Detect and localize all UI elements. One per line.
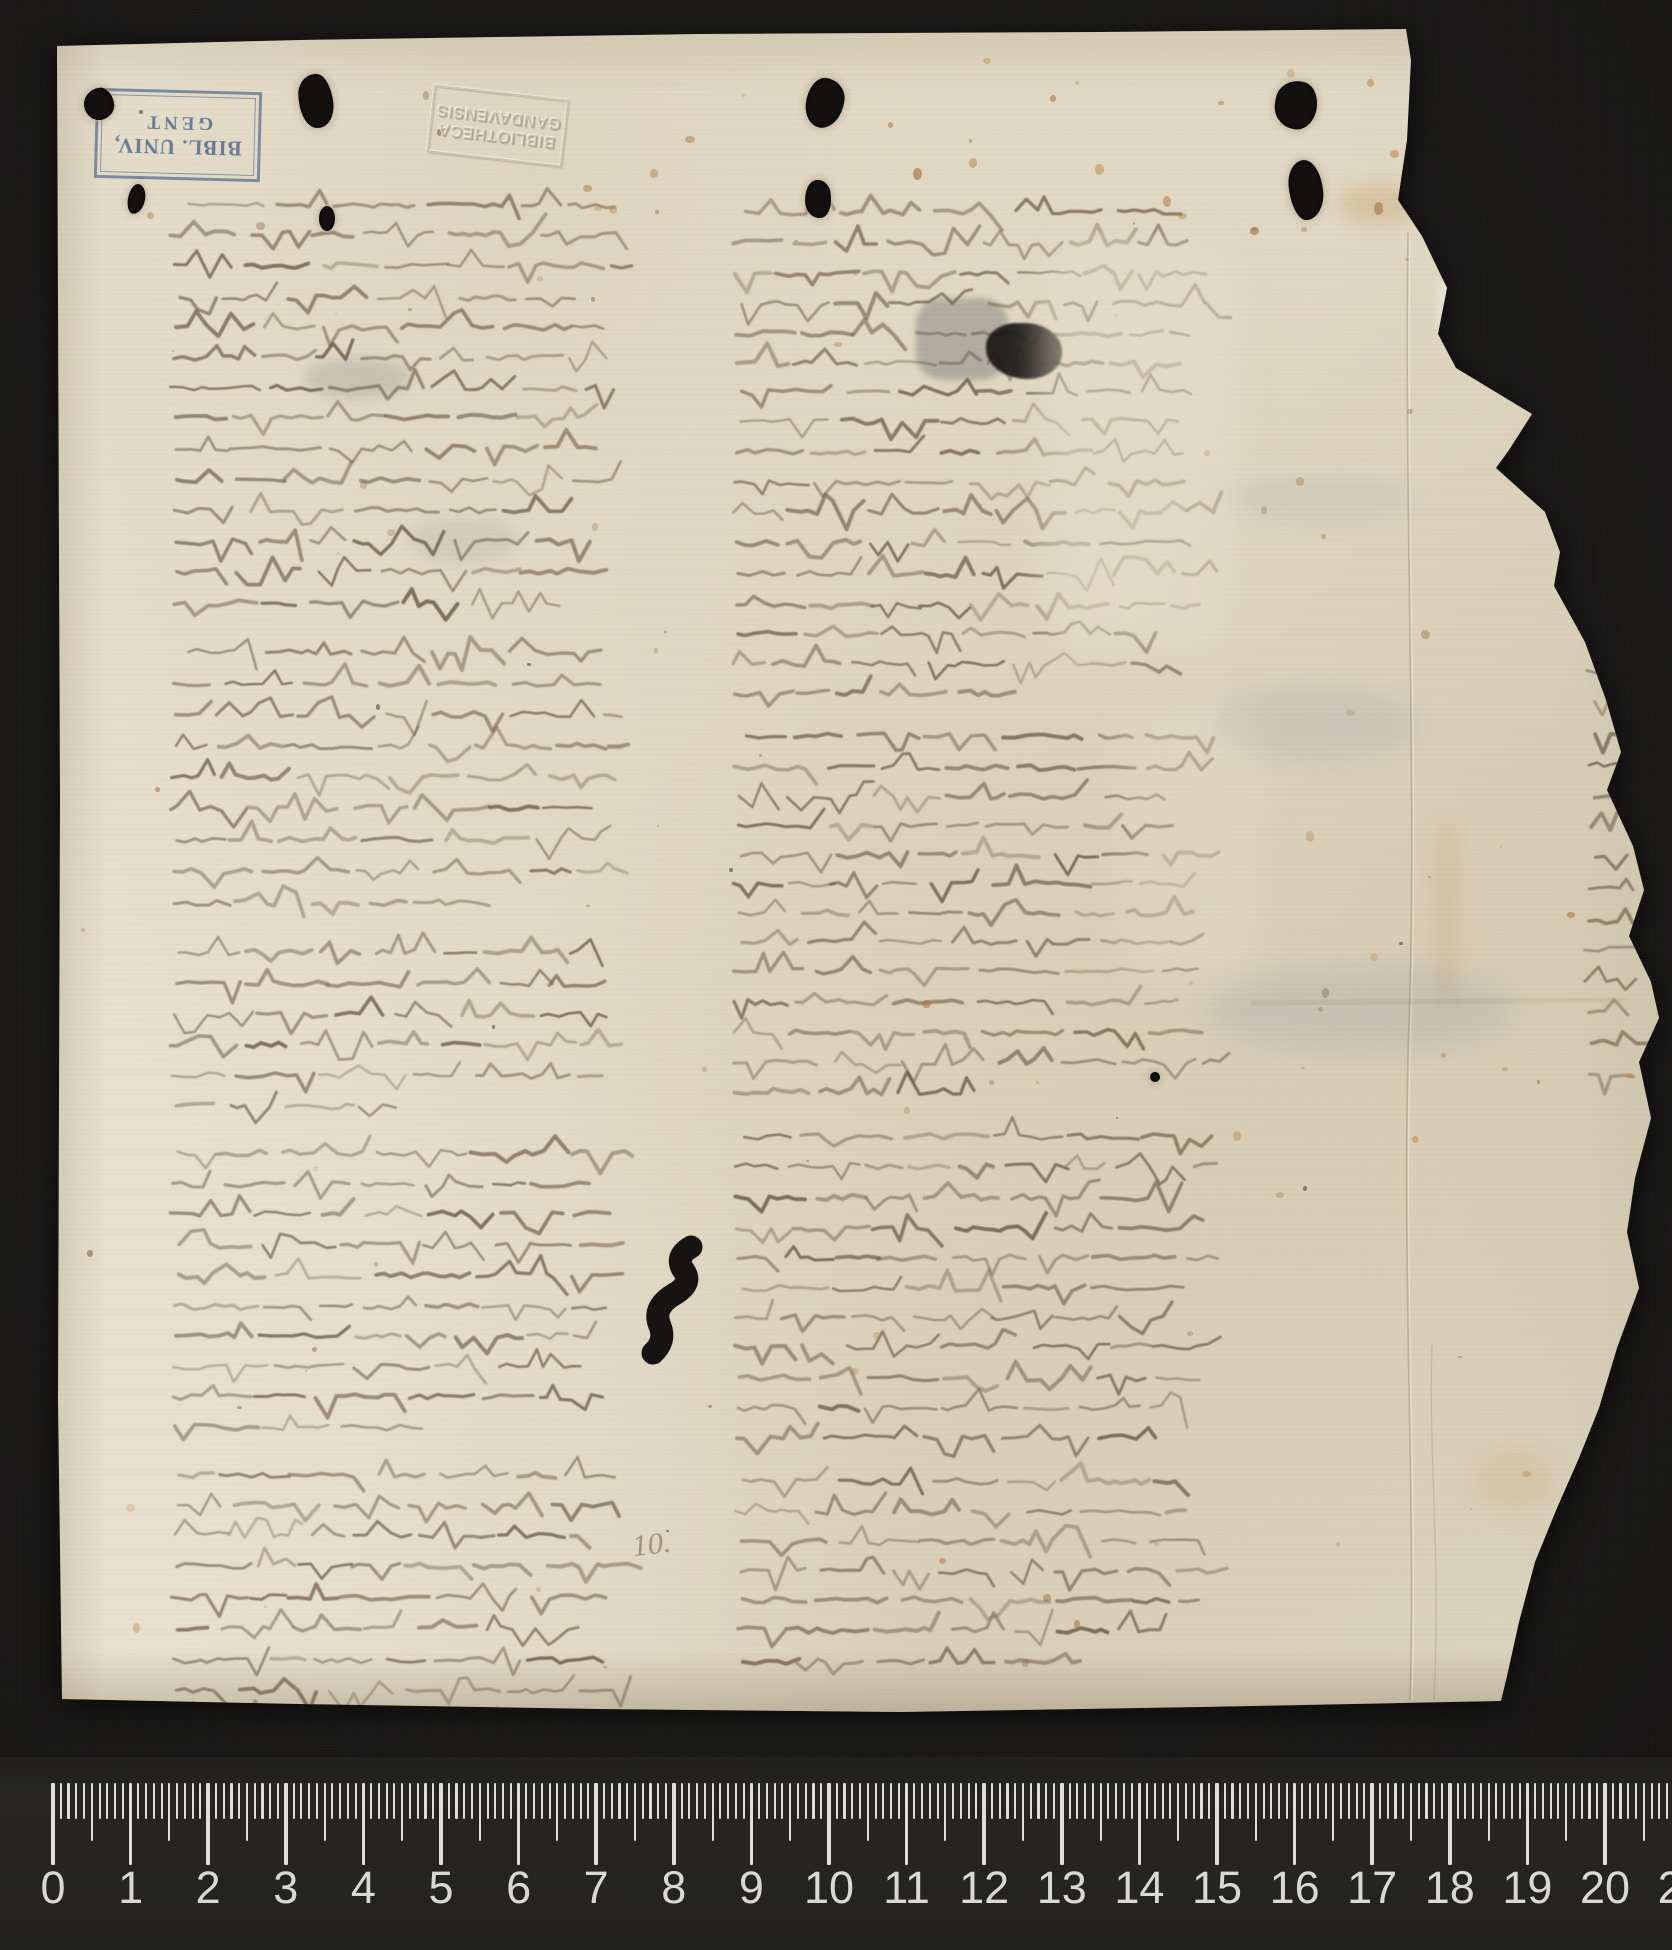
handwritten-word-stroke — [1595, 565, 1652, 593]
ruler-label-13: 13 — [1022, 1862, 1102, 1914]
ruler-mm-tick — [1263, 1783, 1265, 1819]
ruler-mm-tick — [106, 1783, 108, 1819]
ruler-mm-tick — [1550, 1783, 1552, 1819]
ruler-mm-tick — [1557, 1783, 1559, 1819]
ruler-mm-tick — [572, 1783, 574, 1819]
ruler-mm-tick — [269, 1783, 271, 1819]
ruler-mm-tick — [1076, 1783, 1078, 1819]
ruler-mm-tick — [1193, 1783, 1195, 1819]
ruler-label-10: 10 — [789, 1862, 869, 1914]
ruler-mm-tick — [1627, 1783, 1629, 1819]
ruler-label-17: 17 — [1332, 1862, 1412, 1914]
ruler-mm-tick — [1030, 1783, 1032, 1819]
ruler-mm-tick — [649, 1783, 651, 1819]
ruler-cm-tick — [905, 1783, 909, 1865]
ruler-mm-tick — [1441, 1783, 1443, 1819]
ruler-half-cm-tick — [91, 1783, 93, 1841]
ruler-mm-tick — [1069, 1783, 1071, 1819]
handwritten-word-stroke — [1591, 640, 1646, 644]
ruler-mm-tick — [1286, 1783, 1288, 1819]
ruler-cm-tick — [1138, 1783, 1142, 1865]
ruler-mm-tick — [471, 1783, 473, 1819]
ruler-mm-tick — [331, 1783, 333, 1819]
ruler-mm-tick — [60, 1783, 62, 1819]
ruler-mm-tick — [1317, 1783, 1319, 1819]
ruler-mm-tick — [199, 1783, 201, 1819]
ruler-half-cm-tick — [789, 1783, 791, 1841]
photo-stage: BIBL. UNIV, GENT BIBLIOTHECA GANDAVENSIS… — [0, 0, 1672, 1950]
ruler-mm-tick — [355, 1783, 357, 1819]
handwritten-word-stroke — [1586, 452, 1651, 471]
ruler-mm-tick — [549, 1783, 551, 1819]
ruler-label-12: 12 — [944, 1862, 1024, 1914]
ruler-mm-tick — [378, 1783, 380, 1819]
ruler-mm-tick — [393, 1783, 395, 1819]
ruler-mm-tick — [1356, 1783, 1358, 1819]
ruler-mm-tick — [1651, 1783, 1653, 1819]
ruler-mm-tick — [1107, 1783, 1109, 1819]
ruler-label-11: 11 — [867, 1862, 947, 1914]
ruler-mm-tick — [1612, 1783, 1614, 1819]
ruler-mm-tick — [316, 1783, 318, 1819]
ruler-mm-tick — [758, 1783, 760, 1819]
ruler-mm-tick — [145, 1783, 147, 1819]
ruler-cm-tick — [1603, 1783, 1607, 1865]
ruler-half-cm-tick — [712, 1783, 714, 1841]
ruler-mm-tick — [735, 1783, 737, 1819]
ruler-mm-tick — [1503, 1783, 1505, 1819]
foxing-spot — [1459, 296, 1463, 302]
foxing-spot — [1555, 1570, 1561, 1575]
ruler-mm-tick — [921, 1783, 923, 1819]
ruler-mm-tick — [153, 1783, 155, 1819]
ruler-mm-tick — [1596, 1783, 1598, 1819]
ruler-mm-tick — [642, 1783, 644, 1819]
ruler-mm-tick — [137, 1783, 139, 1819]
ruler-mm-tick — [1658, 1783, 1660, 1819]
ruler-half-cm-tick — [1332, 1783, 1334, 1841]
ruler-mm-tick — [1309, 1783, 1311, 1819]
ruler-mm-tick — [1433, 1783, 1435, 1819]
ruler-mm-tick — [805, 1783, 807, 1819]
ruler-mm-tick — [432, 1783, 434, 1819]
ruler-mm-tick — [603, 1783, 605, 1819]
ruler-mm-tick — [347, 1783, 349, 1819]
ruler-mm-tick — [1084, 1783, 1086, 1819]
ruler-mm-tick — [859, 1783, 861, 1819]
ruler-mm-tick — [510, 1783, 512, 1819]
ruler-mm-tick — [797, 1783, 799, 1819]
foxing-spot — [1534, 232, 1539, 237]
ruler-cm-tick — [51, 1783, 55, 1865]
ruler-mm-tick — [696, 1783, 698, 1819]
ruler-cm-tick — [982, 1783, 986, 1865]
ruler-mm-tick — [1534, 1783, 1536, 1819]
ruler-mm-tick — [1014, 1783, 1016, 1819]
ruler-mm-tick — [223, 1783, 225, 1819]
ruler-mm-tick — [502, 1783, 504, 1819]
ruler-mm-tick — [1301, 1783, 1303, 1819]
ruler-half-cm-tick — [944, 1783, 946, 1841]
ruler-half-cm-tick — [1022, 1783, 1024, 1841]
ruler-half-cm-tick — [1255, 1783, 1257, 1841]
ruler-half-cm-tick — [1488, 1783, 1490, 1841]
ruler-mm-tick — [455, 1783, 457, 1819]
ruler-mm-tick — [122, 1783, 124, 1819]
ruler-cm-tick — [1448, 1783, 1452, 1865]
ruler-label-20: 20 — [1565, 1862, 1645, 1914]
ruler-mm-tick — [1247, 1783, 1249, 1819]
ruler-mm-tick — [1542, 1783, 1544, 1819]
ruler-mm-tick — [781, 1783, 783, 1819]
ruler-mm-tick — [293, 1783, 295, 1819]
ruler-mm-tick — [1325, 1783, 1327, 1819]
ruler-mm-tick — [1340, 1783, 1342, 1819]
ruler-label-15: 15 — [1177, 1862, 1257, 1914]
ruler-mm-tick — [1519, 1783, 1521, 1819]
manuscript-leaf-wrap: BIBL. UNIV, GENT BIBLIOTHECA GANDAVENSIS… — [0, 0, 1672, 1950]
binding-hole — [319, 206, 335, 231]
ruler-mm-tick — [688, 1783, 690, 1819]
ruler-mm-tick — [626, 1783, 628, 1819]
library-ink-stamp: BIBL. UNIV, GENT — [94, 88, 262, 182]
ruler-mm-tick — [448, 1783, 450, 1819]
ruler-mm-tick — [1162, 1783, 1164, 1819]
ruler-cm-tick — [1215, 1783, 1219, 1865]
ruler-mm-tick — [719, 1783, 721, 1819]
ruler-mm-tick — [913, 1783, 915, 1819]
ruler-cm-tick — [1370, 1783, 1374, 1865]
ruler-label-18: 18 — [1410, 1862, 1490, 1914]
ruler-mm-tick — [1418, 1783, 1420, 1819]
ruler-half-cm-tick — [1643, 1783, 1645, 1841]
ruler-cm-tick — [750, 1783, 754, 1865]
ruler-label-2: 2 — [168, 1862, 248, 1914]
foxing-spot — [1628, 695, 1632, 699]
ruler-mm-tick — [1154, 1783, 1156, 1819]
foxing-spot — [1516, 223, 1524, 234]
ruler-mm-tick — [83, 1783, 85, 1819]
stain-patch — [1596, 438, 1662, 698]
stamp-inner-border — [100, 94, 256, 176]
ruler-mm-tick — [230, 1783, 232, 1819]
ruler-mm-tick — [1169, 1783, 1171, 1819]
ruler-mm-tick — [176, 1783, 178, 1819]
ruler-mm-tick — [1037, 1783, 1039, 1819]
ruler-mm-tick — [370, 1783, 372, 1819]
ruler-half-cm-tick — [1410, 1783, 1412, 1841]
handwritten-word-stroke — [1585, 424, 1640, 440]
handwritten-word-stroke — [356, 1717, 439, 1730]
ruler-mm-tick — [463, 1783, 465, 1819]
ruler-mm-tick — [1045, 1783, 1047, 1819]
handwritten-word-stroke — [246, 1701, 294, 1736]
handwritten-word-stroke — [451, 1708, 505, 1723]
ruler-half-cm-tick — [324, 1783, 326, 1841]
ruler-mm-tick — [533, 1783, 535, 1819]
ruler-cm-tick — [1526, 1783, 1530, 1865]
ruler-label-6: 6 — [479, 1862, 559, 1914]
ruler-mm-tick — [308, 1783, 310, 1819]
ruler-mm-tick — [968, 1783, 970, 1819]
ruler-mm-tick — [665, 1783, 667, 1819]
ruler-mm-tick — [1185, 1783, 1187, 1819]
ruler-mm-tick — [890, 1783, 892, 1819]
ruler-label-0: 0 — [13, 1862, 93, 1914]
ruler-half-cm-tick — [1565, 1783, 1567, 1841]
ruler-mm-tick — [704, 1783, 706, 1819]
ruler-mm-tick — [774, 1783, 776, 1819]
ruler-mm-tick — [952, 1783, 954, 1819]
ruler-half-cm-tick — [556, 1783, 558, 1841]
ruler-mm-tick — [743, 1783, 745, 1819]
ruler-half-cm-tick — [168, 1783, 170, 1841]
ruler-mm-tick — [1573, 1783, 1575, 1819]
ruler-mm-tick — [991, 1783, 993, 1819]
foxing-spot — [1511, 82, 1515, 86]
ruler-mm-tick — [424, 1783, 426, 1819]
handwritten-word-stroke — [1595, 607, 1634, 623]
handwritten-word-stroke — [172, 1703, 239, 1722]
ruler-mm-tick — [254, 1783, 256, 1819]
ruler-mm-tick — [277, 1783, 279, 1819]
ruler-mm-tick — [494, 1783, 496, 1819]
ruler-half-cm-tick — [401, 1783, 403, 1841]
ruler-label-14: 14 — [1099, 1862, 1179, 1914]
ruler-half-cm-tick — [479, 1783, 481, 1841]
ruler-mm-tick — [843, 1783, 845, 1819]
ruler-mm-tick — [541, 1783, 543, 1819]
ruler-label-16: 16 — [1255, 1862, 1335, 1914]
ruler: 0123456789101112131415161718192021 — [0, 1757, 1672, 1950]
ruler-mm-tick — [1200, 1783, 1202, 1819]
ruler-mm-tick — [1666, 1783, 1668, 1819]
ruler-mm-tick — [937, 1783, 939, 1819]
ruler-mm-tick — [1239, 1783, 1241, 1819]
handwritten-word-stroke — [1585, 544, 1633, 549]
ruler-mm-tick — [1231, 1783, 1233, 1819]
ruler-cm-tick — [827, 1783, 831, 1865]
ruler-mm-tick — [1363, 1783, 1365, 1819]
ruler-mm-tick — [300, 1783, 302, 1819]
ruler-mm-tick — [766, 1783, 768, 1819]
ruler-mm-tick — [657, 1783, 659, 1819]
ruler-half-cm-tick — [1100, 1783, 1102, 1841]
ruler-label-5: 5 — [401, 1862, 481, 1914]
ruler-cm-tick — [206, 1783, 210, 1865]
ruler-mm-tick — [1278, 1783, 1280, 1819]
ruler-mm-tick — [1131, 1783, 1133, 1819]
ruler-mm-tick — [1511, 1783, 1513, 1819]
ruler-label-8: 8 — [634, 1862, 714, 1914]
manuscript-leaf: BIBL. UNIV, GENT BIBLIOTHECA GANDAVENSIS… — [0, 0, 1672, 1950]
ruler-mm-tick — [1006, 1783, 1008, 1819]
ruler-mm-tick — [1224, 1783, 1226, 1819]
ruler-cm-tick — [129, 1783, 133, 1865]
ruler-mm-tick — [898, 1783, 900, 1819]
ruler-mm-tick — [215, 1783, 217, 1819]
ruler-mm-tick — [564, 1783, 566, 1819]
ruler-mm-tick — [386, 1783, 388, 1819]
ruler-mm-tick — [1092, 1783, 1094, 1819]
folio-number: 10. — [630, 1524, 673, 1564]
ruler-cm-tick — [517, 1783, 521, 1865]
ruler-mm-tick — [99, 1783, 101, 1819]
ruler-mm-tick — [339, 1783, 341, 1819]
ruler-label-21: 21 — [1643, 1862, 1672, 1914]
ruler-cm-tick — [284, 1783, 288, 1865]
ruler-label-19: 19 — [1487, 1862, 1567, 1914]
ruler-mm-tick — [261, 1783, 263, 1819]
ruler-mm-tick — [1635, 1783, 1637, 1819]
ruler-mm-tick — [1387, 1783, 1389, 1819]
handwritten-word-stroke — [1589, 514, 1643, 519]
ruler-mm-tick — [1425, 1783, 1427, 1819]
ruler-mm-tick — [820, 1783, 822, 1819]
ruler-mm-tick — [1270, 1783, 1272, 1819]
ruler-mm-tick — [1053, 1783, 1055, 1819]
ruler-mm-tick — [417, 1783, 419, 1819]
ruler-mm-tick — [114, 1783, 116, 1819]
ruler-cm-tick — [672, 1783, 676, 1865]
ruler-mm-tick — [238, 1783, 240, 1819]
ruler-cm-tick — [1293, 1783, 1297, 1865]
ruler-mm-tick — [525, 1783, 527, 1819]
ruler-mm-tick — [184, 1783, 186, 1819]
ruler-mm-tick — [999, 1783, 1001, 1819]
ruler-mm-tick — [1480, 1783, 1482, 1819]
ruler-mm-tick — [192, 1783, 194, 1819]
ruler-mm-tick — [409, 1783, 411, 1819]
paper-texture — [50, 24, 1666, 1718]
ruler-mm-tick — [580, 1783, 582, 1819]
ruler-mm-tick — [1115, 1783, 1117, 1819]
ruler-cm-tick — [439, 1783, 443, 1865]
ruler-mm-tick — [1146, 1783, 1148, 1819]
ruler-mm-tick — [618, 1783, 620, 1819]
ruler-mm-tick — [975, 1783, 977, 1819]
ruler-mm-tick — [1472, 1783, 1474, 1819]
ruler-label-9: 9 — [711, 1862, 791, 1914]
ruler-mm-tick — [851, 1783, 853, 1819]
ruler-cm-tick — [1060, 1783, 1064, 1865]
ruler-mm-tick — [161, 1783, 163, 1819]
ruler-mm-tick — [1394, 1783, 1396, 1819]
ruler-mm-tick — [1457, 1783, 1459, 1819]
ruler-label-3: 3 — [246, 1862, 326, 1914]
ruler-mm-tick — [960, 1783, 962, 1819]
ruler-half-cm-tick — [634, 1783, 636, 1841]
ruler-mm-tick — [1588, 1783, 1590, 1819]
ruler-mm-tick — [929, 1783, 931, 1819]
ruler-mm-tick — [1495, 1783, 1497, 1819]
ruler-mm-tick — [1619, 1783, 1621, 1819]
ruler-mm-tick — [727, 1783, 729, 1819]
ruler-cm-tick — [594, 1783, 598, 1865]
ruler-mm-tick — [1208, 1783, 1210, 1819]
ruler-mm-tick — [1402, 1783, 1404, 1819]
binding-hole — [1150, 1072, 1160, 1082]
ruler-mm-tick — [1464, 1783, 1466, 1819]
ruler-mm-tick — [681, 1783, 683, 1819]
ruler-label-7: 7 — [556, 1862, 636, 1914]
stain-patch — [1438, 266, 1534, 342]
ruler-mm-tick — [611, 1783, 613, 1819]
ruler-mm-tick — [1379, 1783, 1381, 1819]
ruler-mm-tick — [882, 1783, 884, 1819]
ruler-label-4: 4 — [323, 1862, 403, 1914]
ruler-mm-tick — [1123, 1783, 1125, 1819]
ruler-mm-tick — [836, 1783, 838, 1819]
handwritten-word-stroke — [299, 1718, 348, 1737]
ruler-mm-tick — [75, 1783, 77, 1819]
ruler-mm-tick — [67, 1783, 69, 1819]
ruler-label-1: 1 — [91, 1862, 171, 1914]
ruler-mm-tick — [812, 1783, 814, 1819]
handwritten-word-stroke — [1593, 471, 1665, 486]
ruler-half-cm-tick — [867, 1783, 869, 1841]
ruler-cm-tick — [362, 1783, 366, 1865]
foxing-spot — [1623, 363, 1628, 369]
ruler-mm-tick — [1581, 1783, 1583, 1819]
ruler-mm-tick — [875, 1783, 877, 1819]
ruler-half-cm-tick — [246, 1783, 248, 1841]
ruler-mm-tick — [487, 1783, 489, 1819]
ruler-half-cm-tick — [1177, 1783, 1179, 1841]
ruler-mm-tick — [1348, 1783, 1350, 1819]
ruler-mm-tick — [587, 1783, 589, 1819]
